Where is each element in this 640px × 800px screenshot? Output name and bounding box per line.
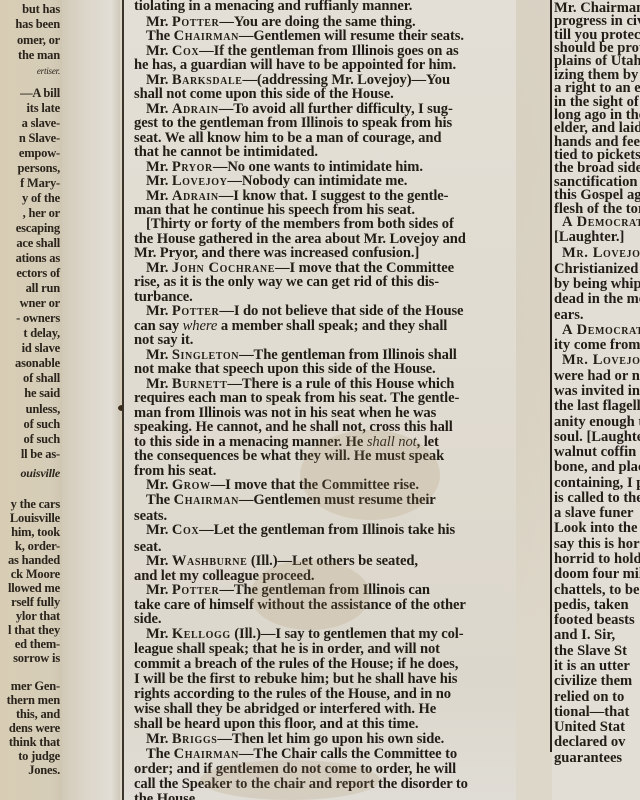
line-text: league shall speak; that he is in order,… (134, 641, 440, 657)
text-line: unless, (26, 402, 60, 417)
text-line: l that they (8, 623, 60, 638)
left-page-column-fragment: but hashas beenomer, orthe manertiser.—A… (0, 0, 62, 800)
text-line: of such (24, 432, 60, 447)
line-text: order; and if gentlemen do not come to o… (134, 761, 456, 777)
speaker-line: Mr. Cox—Let the gentleman from Illinois … (146, 522, 455, 539)
line-text: —Gentlemen will resume their seats. (239, 28, 464, 44)
text-line: thern men (7, 693, 60, 708)
speaker-name: Washburne (172, 553, 248, 569)
text-line: ectors of (16, 266, 60, 281)
speaker-line: The Chairman—Gentlemen must resume their (146, 492, 436, 509)
text-line: k, order- (15, 539, 60, 554)
lovejoy-speech-column-fragment: Mr. Chairman, noprogress in civilizatill… (552, 0, 640, 800)
text-line: declared ov (554, 734, 625, 751)
text-line: ll be as- (21, 447, 60, 462)
line-text: call the Speaker to the chair and report… (134, 776, 468, 792)
line-text: the House. (134, 791, 199, 800)
line-text: speaking. He cannot, and he shall not, c… (134, 419, 453, 435)
line-text: —I do not believe that side of the House (219, 303, 463, 319)
text-line: ouisville (20, 466, 60, 481)
text-line: of such (24, 417, 60, 432)
text-line: Louisville (10, 511, 60, 526)
text-line: id slave (22, 341, 60, 356)
speaker-name: Chairman (174, 746, 239, 762)
text-line: y of the (22, 191, 60, 206)
text-line: , her or (23, 206, 60, 221)
page-gutter (62, 0, 120, 800)
text-line: ertiser. (37, 66, 60, 76)
text-line: y the cars (11, 497, 60, 512)
text-line: a slave- (22, 116, 60, 131)
prefix: The (146, 746, 174, 762)
line-text: a member shall speak; and they shall (217, 318, 447, 334)
line-text: that he cannot be intimidated. (134, 144, 318, 160)
text-line: he said (24, 386, 60, 401)
speaker-name: Potter (172, 303, 220, 319)
text-line: f Mary- (20, 176, 60, 191)
text-line: ations as (16, 251, 60, 266)
speaker-name: Kellogg (172, 626, 231, 642)
line-text: shall be heard upon this floor, and at t… (134, 716, 418, 732)
text-line: escaping (16, 221, 60, 236)
prefix: Mr. (146, 477, 172, 493)
text-line: take care of himself without the assista… (134, 597, 466, 614)
text-line: guarantees (554, 750, 622, 767)
line-text: gest to the gentleman from Illinois to s… (134, 115, 452, 131)
prefix: The (146, 28, 174, 44)
text-line: omer, or (17, 33, 60, 48)
text-line: Mr. Lovejoy— (562, 245, 640, 262)
text-line: ylor that (16, 609, 60, 624)
text-line: Look into the (554, 520, 638, 537)
text-line: Mr. Lovejoy— (562, 352, 640, 369)
line-text: wise shall they be abridged or interfere… (134, 701, 436, 717)
speaker-name: Cox (172, 522, 199, 538)
text-line: - owners (16, 311, 60, 326)
line-text: rise, as it is the only way we can get r… (134, 274, 439, 290)
text-line: asonable (15, 356, 60, 371)
line-text: [Thirty or forty of the members from bot… (146, 216, 454, 232)
text-line: wner or (20, 296, 60, 311)
speaker-name: Potter (172, 582, 220, 598)
speaker-name: Chairman (174, 492, 239, 508)
line-text: —Then let him go upon his own side. (217, 731, 444, 747)
line-text: (Ill.)—I say to gentlemen that my col- (231, 626, 464, 642)
text-line: all run (26, 281, 60, 296)
line-text: —Gentlemen must resume their (239, 492, 436, 508)
line-text: the consequences be what they will. He m… (134, 448, 444, 464)
text-line: doom four mil (554, 566, 640, 583)
speaker-name: Lovejoy (172, 173, 228, 189)
text-line: n Slave- (19, 131, 60, 146)
text-line: dead in the morn (554, 291, 640, 308)
text-line: [Laughter.] (554, 229, 624, 246)
newspaper-page: but hashas beenomer, orthe manertiser.—A… (0, 0, 640, 800)
text-line: ace shall (16, 236, 60, 251)
line-text: (Ill.)—Let others be seated, (247, 553, 418, 569)
text-line: dens were (9, 721, 60, 736)
line-text: —I move that the Committee rise. (211, 477, 419, 493)
line-text: I will be the first to rebuke him; but h… (134, 671, 457, 687)
prefix: The (146, 492, 174, 508)
text-line: but has (22, 2, 60, 17)
line-text: requires each man to speak from his seat… (134, 390, 459, 406)
text-line: llowed me (8, 581, 60, 596)
text-line: and I. Sir, (554, 627, 615, 644)
text-line: this, and (16, 707, 60, 722)
text-line: the last flagella (554, 398, 640, 415)
prefix: Mr. (146, 553, 172, 569)
text-line: mer Gen- (11, 679, 60, 694)
text-line: rself fully (11, 595, 60, 610)
text-line: civilize them (554, 673, 632, 690)
text-line: to judge (18, 749, 60, 764)
speaker-name: Chairman (174, 28, 239, 44)
text-line: empow- (19, 146, 60, 161)
line-text: —The gentleman from Illinois can (219, 582, 430, 598)
text-line: tiolating in a menacing and ruffianly ma… (134, 0, 412, 15)
line-text: shall not come upon this side of the Hou… (134, 86, 394, 102)
line-text: take care of himself without the assista… (134, 597, 466, 613)
line-text: he has, a guardian will have to be appoi… (134, 57, 456, 73)
prefix: Mr. (146, 303, 172, 319)
text-line: Jones. (28, 763, 60, 778)
prefix: Mr. (146, 173, 172, 189)
line-text: —The Chair calls the Committee to (239, 746, 457, 762)
line-text: rights according to the rules of the Hou… (134, 686, 451, 702)
prefix: Mr. (146, 522, 172, 538)
text-line: has been (15, 17, 60, 32)
prefix: Mr. (146, 626, 172, 642)
prefix: Mr. (146, 731, 172, 747)
text-line: t delay, (23, 326, 60, 341)
text-line: its late (27, 101, 60, 116)
speaker-name: Briggs (172, 731, 218, 747)
line-text: tiolating in a menacing and ruffianly ma… (134, 0, 412, 14)
text-line: sorrow is (13, 651, 60, 666)
text-line: the House. (134, 791, 199, 800)
line-text: not make that speech upon this side of t… (134, 361, 436, 377)
line-text: Mr. Pryor, and there was increased confu… (134, 245, 419, 261)
line-text: —Nobody can intimidate me. (227, 173, 407, 189)
text-line: —A bill (20, 86, 60, 101)
congressional-debate-column: tiolating in a menacing and ruffianly ma… (124, 0, 516, 800)
text-line: as handed (8, 553, 60, 568)
line-text: —Let the gentleman from Illinois take hi… (199, 522, 455, 538)
line-text: side. (134, 611, 161, 627)
text-line: bone, and plac (554, 459, 640, 476)
line-text: not say it. (134, 332, 193, 348)
text-line: the man (18, 48, 60, 63)
text-line: him, took (11, 525, 60, 540)
text-line: of shall (23, 371, 60, 386)
speaker-name: Grow (172, 477, 211, 493)
text-line: ck Moore (11, 567, 60, 582)
text-line: ed them- (15, 637, 60, 652)
prefix: Mr. (146, 582, 172, 598)
text-line: persons, (17, 161, 60, 176)
text-line: think that (9, 735, 60, 750)
line-text: commit a breach of the rules of the Hous… (134, 656, 458, 672)
